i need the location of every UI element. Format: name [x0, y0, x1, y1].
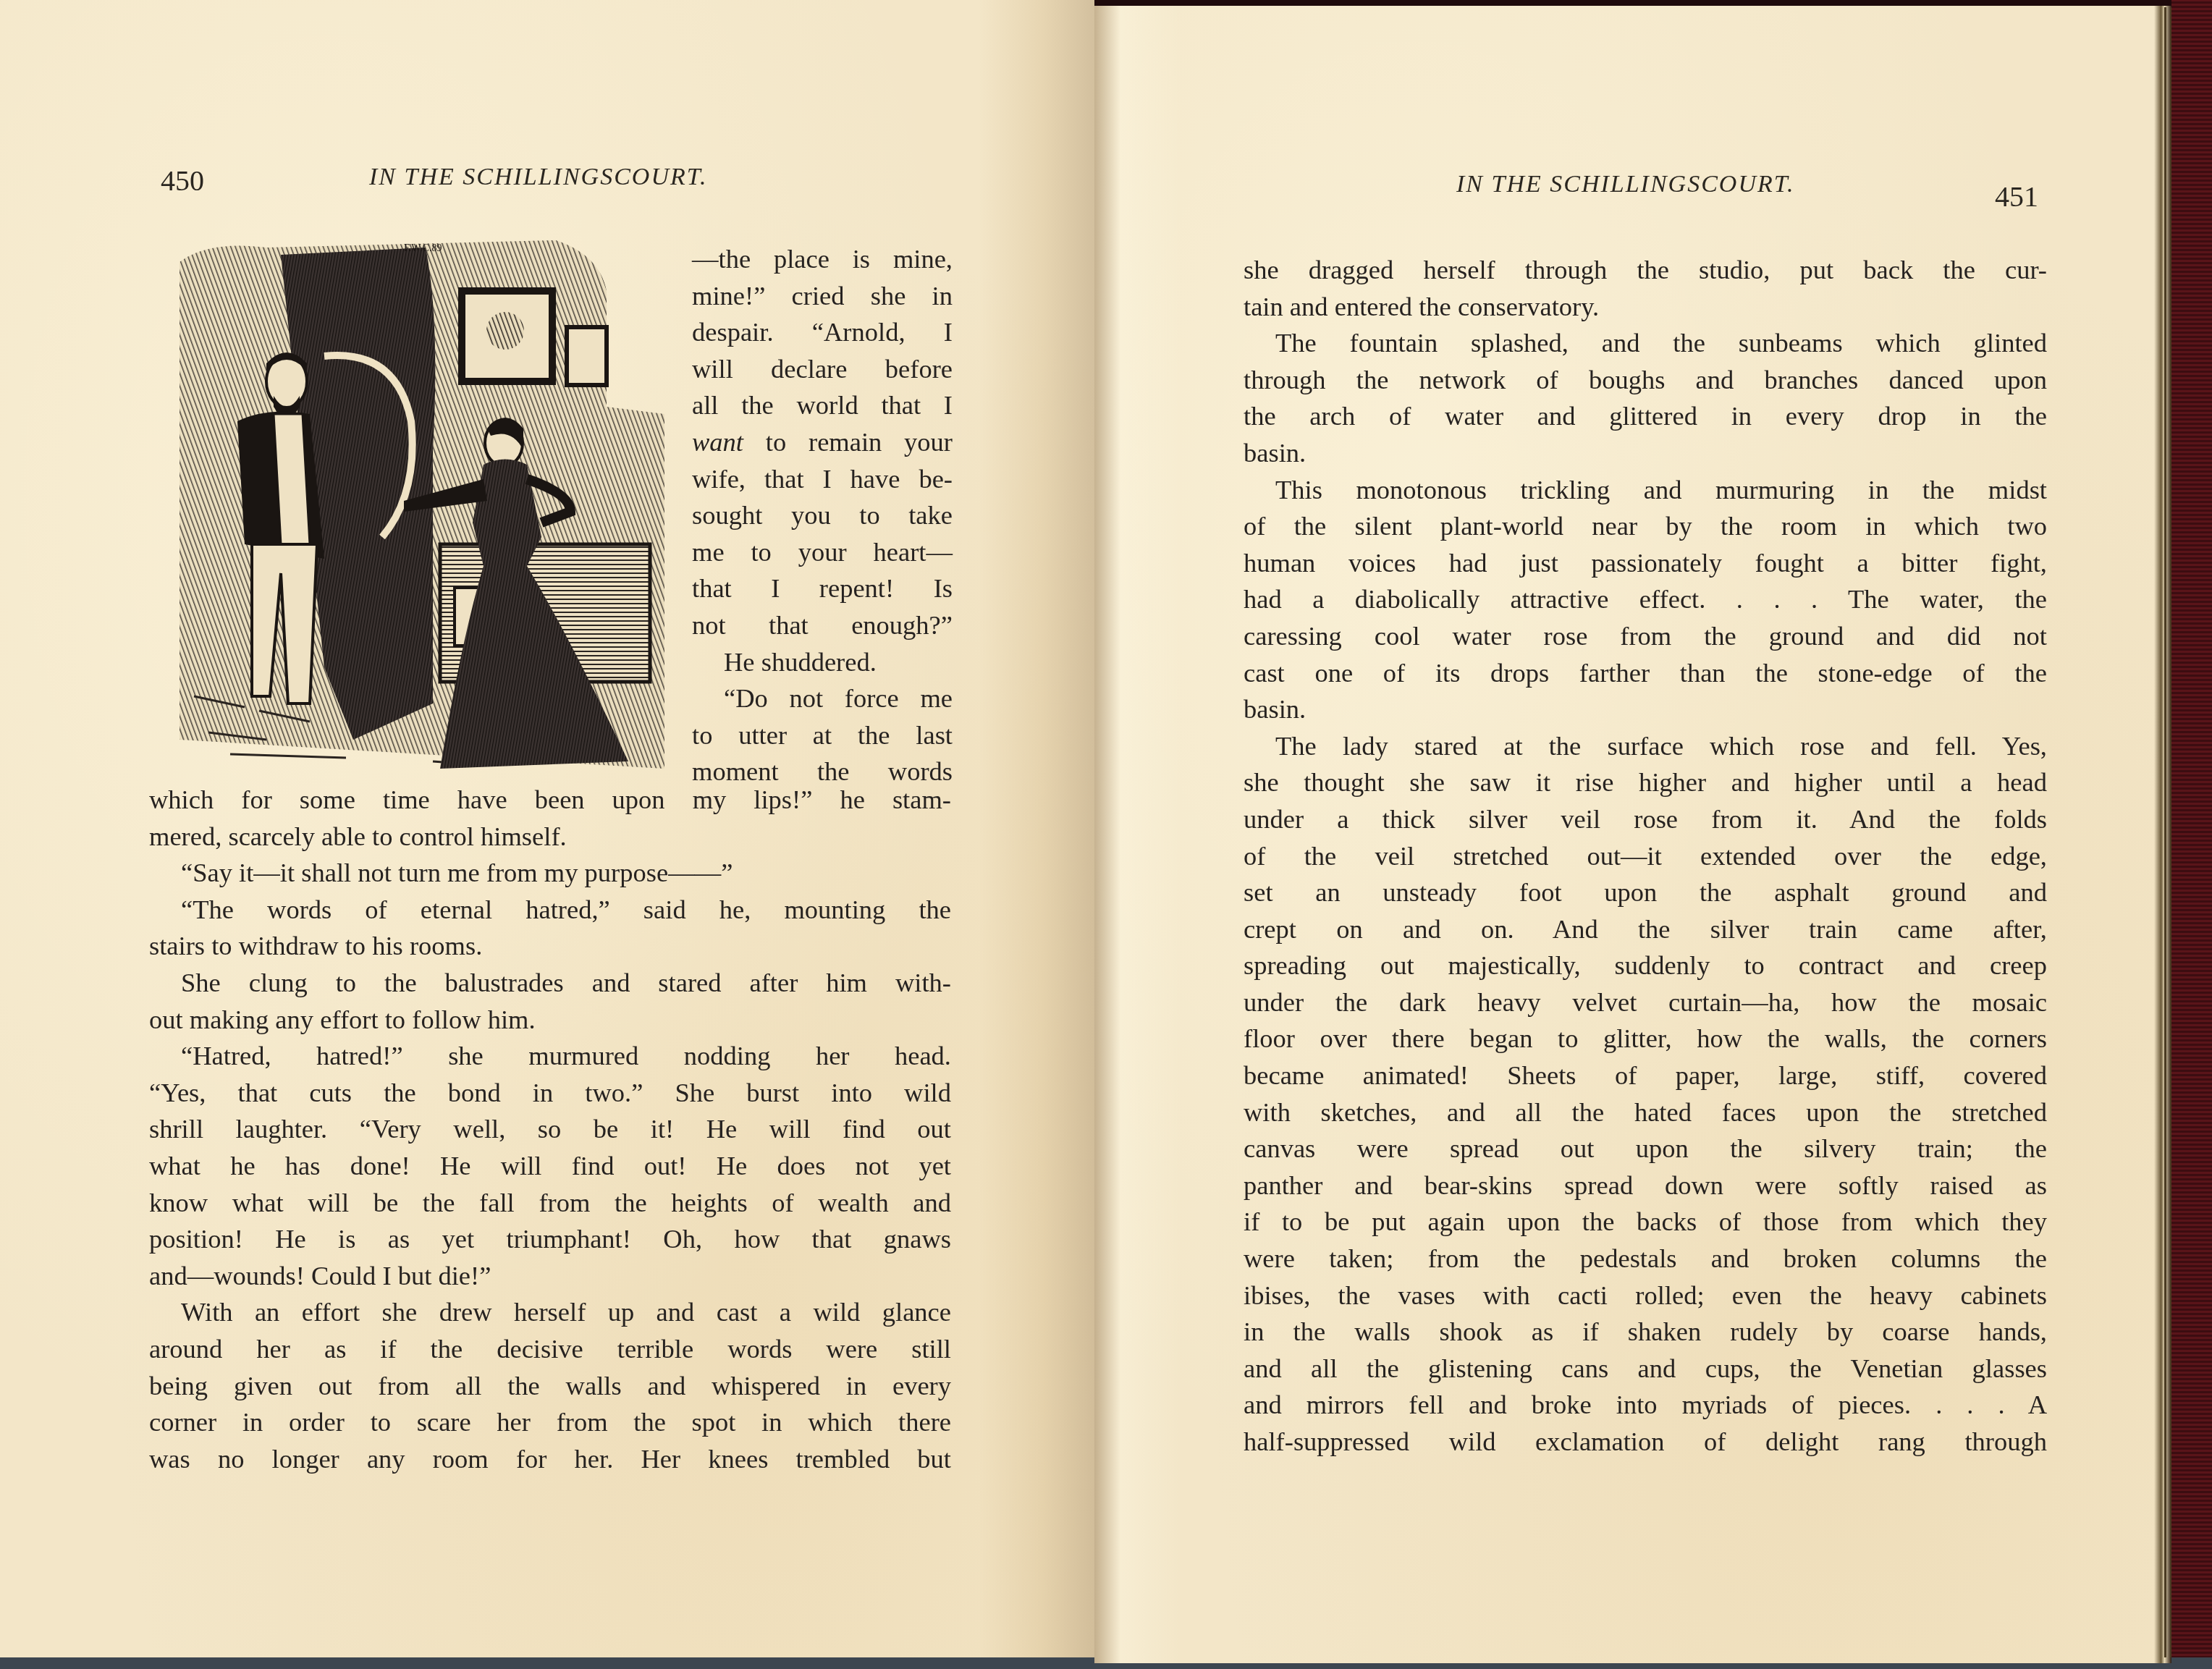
text-line: ibises, the vases with cacti rolled; eve… [1244, 1277, 2047, 1314]
text-line: She clung to the balustrades and stared … [149, 965, 951, 1002]
text-line: With an effort she drew herself up and c… [149, 1294, 951, 1331]
text-line: tain and entered the conservatory. [1244, 289, 2047, 326]
text-line: The lady stared at the surface which ros… [1244, 728, 2047, 765]
text-line: “Yes, that cuts the bond in two.” She bu… [149, 1075, 951, 1112]
text-line: half-suppressed wild exclamation of deli… [1244, 1424, 2047, 1461]
text-line-with-italic: want to remain your [692, 424, 953, 461]
text-line: and mirrors fell and broke into myriads … [1244, 1387, 2047, 1424]
text-line: “Say it—it shall not turn me from my pur… [149, 855, 951, 892]
text-line: me to your heart— [692, 534, 953, 571]
text-line: caressing cool water rose from the groun… [1244, 618, 2047, 655]
text-line: had a diabolically attractive effect. . … [1244, 581, 2047, 618]
text-line: that I repent! Is [692, 570, 953, 607]
text-line: all the world that I [692, 387, 953, 424]
text-line: if to be put again upon the backs of tho… [1244, 1204, 2047, 1241]
text-line: to utter at the last [692, 717, 953, 754]
text-line: He shuddered. [692, 644, 953, 681]
text-line: wife, that I have be- [692, 461, 953, 498]
text-line: basin. [1244, 691, 2047, 728]
text-line: position! He is as yet triumphant! Oh, h… [149, 1221, 951, 1258]
text-line: spreading out majestically, suddenly to … [1244, 947, 2047, 984]
text-line: mered, scarcely able to control himself. [149, 819, 951, 855]
text-line: what he has done! He will find out! He d… [149, 1148, 951, 1185]
text-line: being given out from all the walls and w… [149, 1368, 951, 1405]
text-line: under a thick silver veil rose from it. … [1244, 801, 2047, 838]
text-line: in the walls shook as if shaken rudely b… [1244, 1314, 2047, 1351]
text-line: despair. “Arnold, I [692, 314, 953, 351]
text-line: cast one of its drops farther than the s… [1244, 655, 2047, 692]
text-line: The fountain splashed, and the sunbeams … [1244, 325, 2047, 362]
right-body-text: she dragged herself through the studio, … [1244, 252, 2047, 1461]
text-line: mine!” cried she in [692, 278, 953, 315]
running-title: IN THE SCHILLINGSCOURT. [369, 164, 708, 191]
text-line: out making any effort to follow him. [149, 1002, 951, 1039]
page-number: 450 [161, 164, 204, 198]
text-line: “Hatred, hatred!” she murmured nodding h… [149, 1038, 951, 1075]
engraving-illustration: F.W.C.89 [165, 233, 670, 777]
text-line: were taken; from the pedestals and broke… [1244, 1241, 2047, 1277]
text-line: stairs to withdraw to his rooms. [149, 928, 951, 965]
text-line: “The words of eternal hatred,” said he, … [149, 892, 951, 929]
left-page: 450 IN THE SCHILLINGSCOURT. [0, 0, 1094, 1657]
text-line: through the network of boughs and branch… [1244, 362, 2047, 399]
text-line: panther and bear-skins spread down were … [1244, 1167, 2047, 1204]
text-line: of the silent plant-world near by the ro… [1244, 508, 2047, 545]
text-line: and all the glistening cans and cups, th… [1244, 1351, 2047, 1387]
text-line: basin. [1244, 435, 2047, 472]
text-line: with sketches, and all the hated faces u… [1244, 1094, 2047, 1131]
text-line: human voices had just passionately fough… [1244, 545, 2047, 582]
text-line: which for some time have been upon my li… [149, 782, 951, 819]
text-line: was no longer any room for her. Her knee… [149, 1441, 951, 1478]
text-line: canvas were spread out upon the silvery … [1244, 1131, 2047, 1167]
text-line: “Do not force me [692, 680, 953, 717]
text-beside-illustration: —the place is mine, mine!” cried she in … [692, 241, 953, 790]
page-block-edges [2164, 7, 2171, 1657]
text-line: around her as if the decisive terrible w… [149, 1331, 951, 1368]
right-page: IN THE SCHILLINGSCOURT. 451 she dragged … [1094, 6, 2171, 1663]
text-line: became animated! Sheets of paper, large,… [1244, 1057, 2047, 1094]
text-line: set an unsteady foot upon the asphalt gr… [1244, 874, 2047, 911]
text-line: know what will be the fall from the heig… [149, 1185, 951, 1222]
page-number: 451 [1995, 179, 2038, 214]
text-line: under the dark heavy velvet curtain—ha, … [1244, 984, 2047, 1021]
engraver-signature: F.W.C.89 [404, 243, 442, 254]
text-line: corner in order to scare her from the sp… [149, 1404, 951, 1441]
text-line: —the place is mine, [692, 241, 953, 278]
text-line: the arch of water and glittered in every… [1244, 398, 2047, 435]
book-cover-right-edge [2171, 0, 2212, 1669]
text-line: This monotonous trickling and murmuring … [1244, 472, 2047, 509]
text-fragment: to remain your [766, 427, 953, 457]
text-line: sought you to take [692, 497, 953, 534]
text-line: will declare before [692, 351, 953, 388]
text-line: floor over there began to glitter, how t… [1244, 1021, 2047, 1057]
text-line: she dragged herself through the studio, … [1244, 252, 2047, 289]
text-line: crept on and on. And the silver train ca… [1244, 911, 2047, 948]
text-line: she thought she saw it rise higher and h… [1244, 764, 2047, 801]
text-line: not that enough?” [692, 607, 953, 644]
text-line: shrill laughter. “Very well, so be it! H… [149, 1111, 951, 1148]
italic-word: want [692, 427, 743, 457]
text-line: of the veil stretched out—it extended ov… [1244, 838, 2047, 875]
text-line: and—wounds! Could I but die!” [149, 1258, 951, 1295]
left-body-text: which for some time have been upon my li… [149, 782, 951, 1477]
running-title: IN THE SCHILLINGSCOURT. [1456, 171, 1795, 198]
